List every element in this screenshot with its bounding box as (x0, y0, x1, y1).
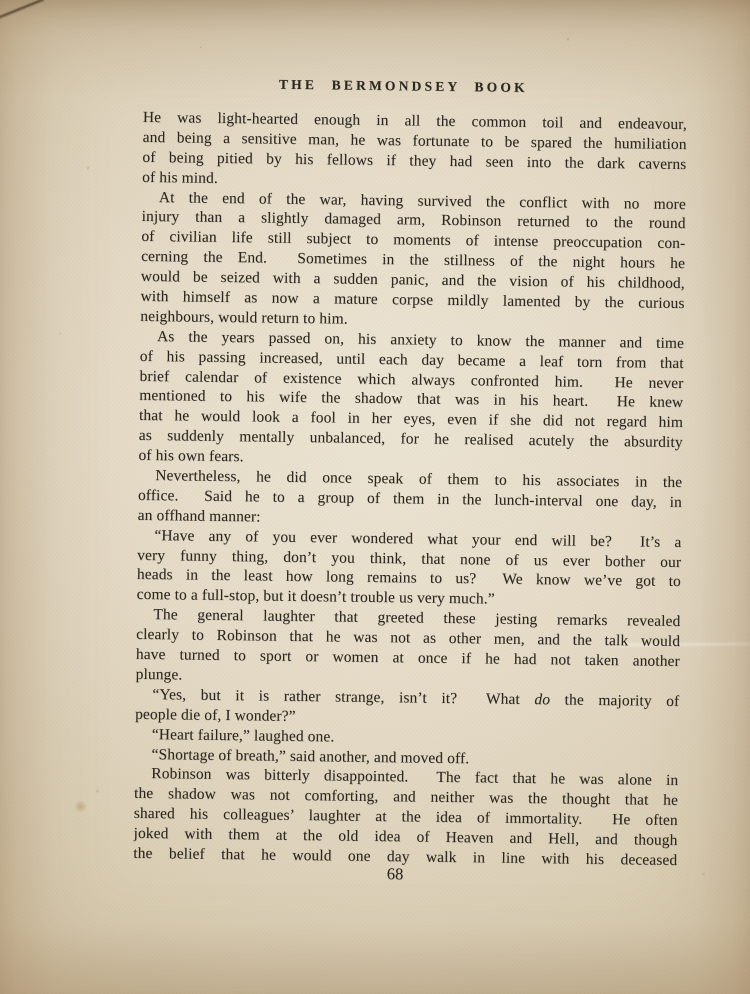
paragraph: The general laughter that greeted these … (136, 605, 681, 692)
paragraph: At the end of the war, having survived t… (140, 187, 686, 333)
paragraph: “Have any of you ever wondered what your… (137, 526, 682, 613)
paragraph: Nevertheless, he did once speak of them … (138, 466, 683, 533)
paragraph: “Yes, but it is rather strange, isn’t it… (135, 685, 679, 732)
print-area: THE BERMONDSEY BOOK He was light-hearted… (0, 0, 750, 994)
paragraph: He was light-hearted enough in all the c… (142, 108, 687, 195)
paragraph: Robinson was bitterly disappointed. The … (133, 764, 678, 871)
running-header: THE BERMONDSEY BOOK (131, 75, 675, 98)
paragraph: As the years passed on, his anxiety to k… (138, 327, 684, 473)
scanned-book-page: THE BERMONDSEY BOOK He was light-hearted… (0, 0, 750, 994)
body-text: He was light-hearted enough in all the c… (133, 108, 687, 871)
